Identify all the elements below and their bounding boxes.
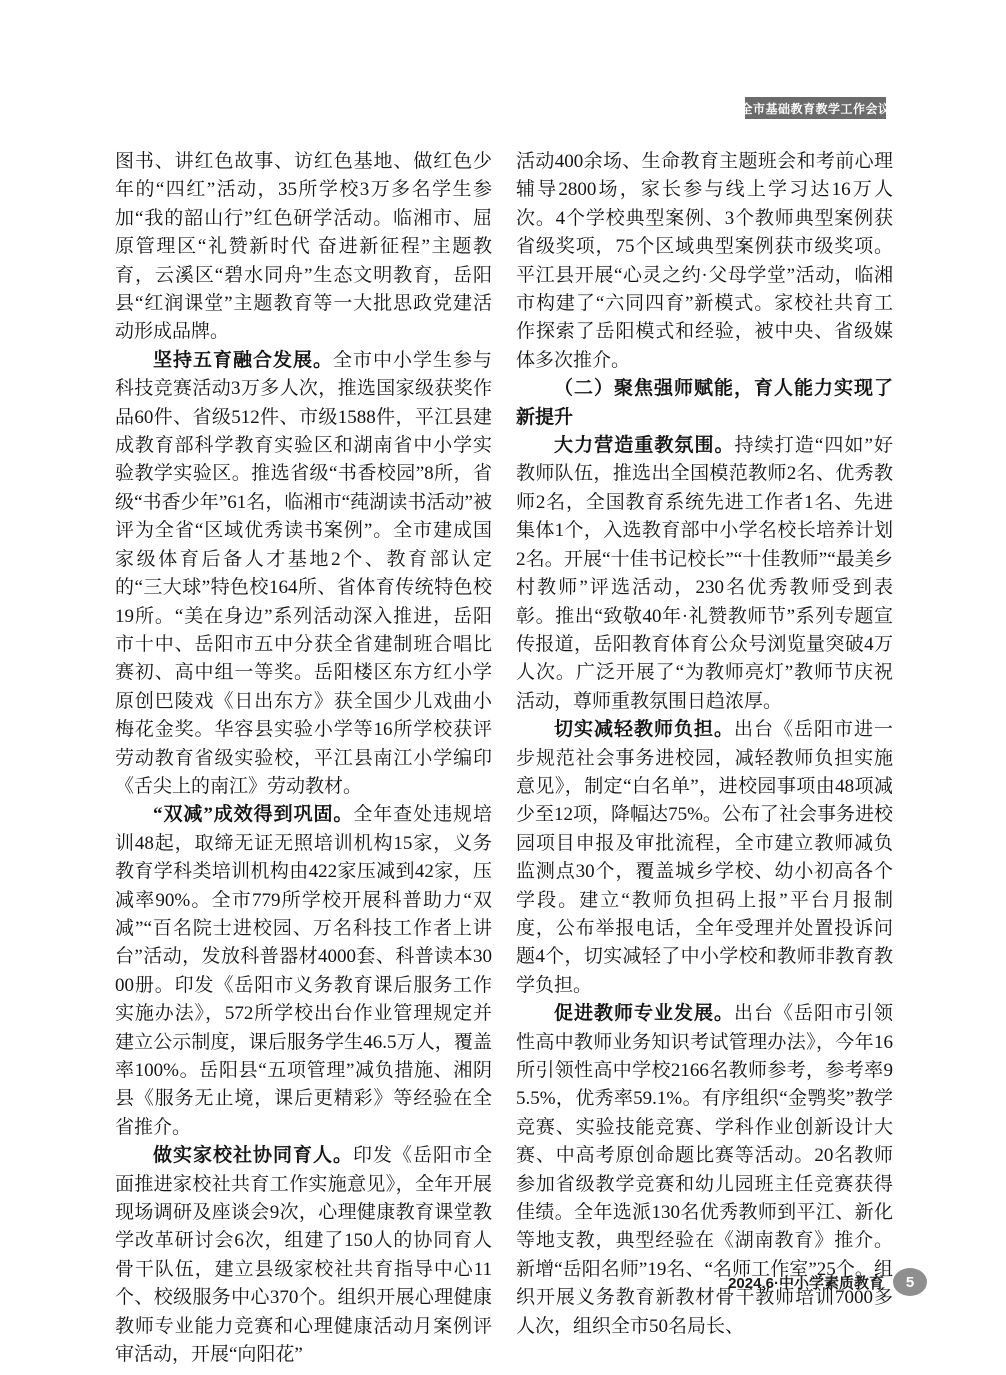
paragraph-text: 出台《岳阳市进一步规范社会事务进校园，减轻教师负担实施意见》，制定“白名单”，进… [516, 719, 893, 996]
header-badge: 全市基础教育教学工作会议 [745, 97, 886, 119]
paragraph-continuation: 活动400余场、生命教育主题班会和考前心理辅导2800场，家长参与线上学习达16… [516, 148, 893, 375]
left-column: 图书、讲红色故事、访红色基地、做红色少年的“四红”活动，35所学校3万多名学生参… [115, 148, 492, 1369]
page-number-badge: 5 [893, 1268, 927, 1296]
paragraph-lead: 切实减轻教师负担。 [554, 719, 734, 740]
footer-journal-title: 中小学素质教育 [779, 1275, 884, 1292]
paragraph-text: 图书、讲红色故事、访红色基地、做红色少年的“四红”活动，35所学校3万多名学生参… [115, 151, 492, 342]
footer-journal-line: 2024.6·中小学素质教育 [728, 1272, 884, 1293]
paragraph-continuation: 图书、讲红色故事、访红色基地、做红色少年的“四红”活动，35所学校3万多名学生参… [115, 148, 492, 347]
paragraph: “双减”成效得到巩固。全年查处违规培训48起，取缔无证无照培训机构15家，义务教… [115, 801, 492, 1142]
paragraph: 坚持五育融合发展。全市中小学生参与科技竞赛活动3万多人次，推选国家级获奖作品60… [115, 347, 492, 802]
paragraph-text: 全年查处违规培训48起，取缔无证无照培训机构15家，义务教育学科类培训机构由42… [115, 804, 492, 1137]
page-footer: 2024.6·中小学素质教育 5 [728, 1268, 927, 1296]
paragraph-text: 活动400余场、生命教育主题班会和考前心理辅导2800场，家长参与线上学习达16… [516, 151, 893, 371]
paragraph-lead: 坚持五育融合发展。 [153, 350, 333, 371]
section-heading: （二）聚焦强师赋能，育人能力实现了新提升 [516, 375, 893, 432]
paragraph: 做实家校社协同育人。印发《岳阳市全面推进家校社共育工作实施意见》，全年开展现场调… [115, 1142, 492, 1369]
paragraph-text: 印发《岳阳市全面推进家校社共育工作实施意见》，全年开展现场调研及座谈会9次，心理… [115, 1145, 492, 1365]
paragraph-lead: 做实家校社协同育人。 [153, 1145, 353, 1166]
right-column: 活动400余场、生命教育主题班会和考前心理辅导2800场，家长参与线上学习达16… [516, 148, 893, 1369]
paragraph-lead: 大力营造重教氛围。 [554, 435, 735, 456]
paragraph-text: 持续打造“四如”好教师队伍，推选出全国模范教师2名、优秀教师2名，全国教育系统先… [516, 435, 893, 712]
paragraph-lead: “双减”成效得到巩固。 [153, 804, 353, 825]
article-body: 图书、讲红色故事、访红色基地、做红色少年的“四红”活动，35所学校3万多名学生参… [115, 148, 893, 1369]
paragraph: 大力营造重教氛围。持续打造“四如”好教师队伍，推选出全国模范教师2名、优秀教师2… [516, 432, 893, 716]
footer-issue: 2024.6 [728, 1275, 774, 1292]
paragraph-text: 全市中小学生参与科技竞赛活动3万多人次，推选国家级获奖作品60件、省级512件、… [115, 350, 492, 797]
paragraph-lead: 促进教师专业发展。 [554, 1003, 734, 1024]
paragraph: 切实减轻教师负担。出台《岳阳市进一步规范社会事务进校园，减轻教师负担实施意见》，… [516, 716, 893, 1000]
